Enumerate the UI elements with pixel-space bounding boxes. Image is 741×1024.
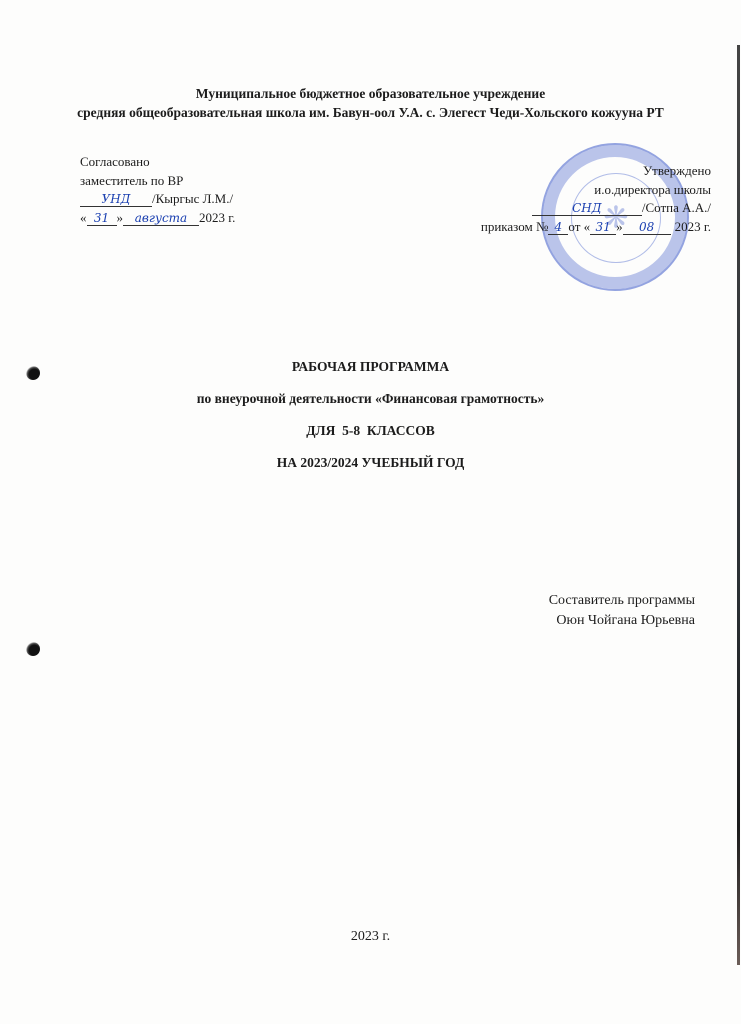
- program-title: РАБОЧАЯ ПРОГРАММА по внеурочной деятельн…: [0, 351, 741, 479]
- author-label: Составитель программы: [549, 591, 695, 611]
- date-month: 08: [623, 220, 671, 235]
- approval-right-signature-line: СНД/Сотпа А.А./: [481, 199, 711, 218]
- approval-right-position: и.о.директора школы: [481, 181, 711, 200]
- header-line-1: Муниципальное бюджетное образовательное …: [0, 84, 741, 103]
- author-block: Составитель программы Оюн Чойгана Юрьевн…: [549, 591, 695, 631]
- approval-right-order: приказом №4от «31»082023 г.: [481, 218, 711, 237]
- approval-right-title: Утверждено: [481, 162, 711, 181]
- order-number: 4: [548, 220, 568, 235]
- signature-mark: УНД: [80, 192, 152, 207]
- school-header: Муниципальное бюджетное образовательное …: [0, 84, 741, 122]
- footer-year: 2023 г.: [0, 929, 741, 945]
- scan-edge-line: [737, 45, 740, 965]
- author-name: Оюн Чойгана Юрьевна: [549, 611, 695, 631]
- title-line-1: РАБОЧАЯ ПРОГРАММА: [0, 351, 741, 383]
- title-line-2: по внеурочной деятельности «Финансовая г…: [0, 383, 741, 415]
- approval-left-signature-line: УНД/Кыргыс Л.М./: [80, 190, 235, 209]
- approval-right: Утверждено и.о.директора школы СНД/Сотпа…: [481, 162, 711, 236]
- title-line-3: ДЛЯ 5-8 КЛАССОВ: [0, 415, 741, 447]
- header-line-2: средняя общеобразовательная школа им. Ба…: [0, 103, 741, 122]
- punch-hole-icon: [26, 642, 40, 656]
- approval-left-position: заместитель по ВР: [80, 172, 235, 191]
- date-day: 31: [87, 211, 117, 226]
- approval-left: Согласовано заместитель по ВР УНД/Кыргыс…: [80, 153, 235, 227]
- title-line-4: НА 2023/2024 УЧЕБНЫЙ ГОД: [0, 447, 741, 479]
- order-from: от «: [568, 219, 590, 234]
- date-year: 2023 г.: [199, 210, 235, 225]
- document-page: Муниципальное бюджетное образовательное …: [0, 0, 741, 1024]
- signature-mark: СНД: [532, 201, 642, 216]
- date-year: 2023 г.: [675, 219, 711, 234]
- approval-right-name: /Сотпа А.А./: [642, 200, 711, 215]
- date-day: 31: [590, 220, 616, 235]
- date-month: августа: [123, 211, 199, 226]
- approval-left-title: Согласовано: [80, 153, 235, 172]
- approval-left-date: «31»августа2023 г.: [80, 209, 235, 228]
- approval-left-name: /Кыргыс Л.М./: [152, 191, 233, 206]
- order-prefix: приказом №: [481, 219, 549, 234]
